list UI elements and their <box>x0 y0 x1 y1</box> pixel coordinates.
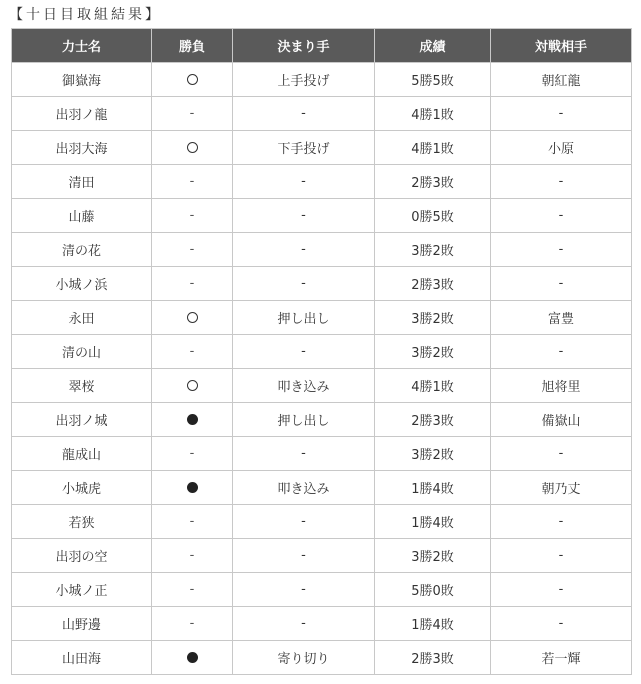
table-row: 若狭--1勝4敗- <box>12 505 632 539</box>
opponent-cell: - <box>491 607 632 641</box>
record-cell: 3勝2敗 <box>375 437 491 471</box>
table-row: 出羽ノ城押し出し2勝3敗備嶽山 <box>12 403 632 437</box>
result-cell <box>152 471 233 505</box>
opponent-cell: - <box>491 505 632 539</box>
kimarite-cell: - <box>233 607 375 641</box>
rikishi-name-cell: 清の山 <box>12 335 152 369</box>
kimarite-cell: 押し出し <box>233 301 375 335</box>
record-cell: 1勝4敗 <box>375 471 491 505</box>
win-circle-icon <box>187 142 198 153</box>
table-row: 小城ノ浜--2勝3敗- <box>12 267 632 301</box>
table-row: 永田押し出し3勝2敗富豊 <box>12 301 632 335</box>
result-cell <box>152 301 233 335</box>
no-bout-dash: - <box>190 582 195 597</box>
rikishi-name-cell: 御嶽海 <box>12 63 152 97</box>
no-bout-dash: - <box>190 514 195 529</box>
no-bout-dash: - <box>190 344 195 359</box>
kimarite-cell: 叩き込み <box>233 369 375 403</box>
record-cell: 3勝2敗 <box>375 539 491 573</box>
no-bout-dash: - <box>190 174 195 189</box>
rikishi-name-cell: 小城ノ正 <box>12 573 152 607</box>
result-cell: - <box>152 165 233 199</box>
table-row: 清田--2勝3敗- <box>12 165 632 199</box>
table-row: 清の山--3勝2敗- <box>12 335 632 369</box>
table-row: 御嶽海上手投げ5勝5敗朝紅龍 <box>12 63 632 97</box>
table-row: 山藤--0勝5敗- <box>12 199 632 233</box>
no-bout-dash: - <box>190 208 195 223</box>
opponent-cell: - <box>491 199 632 233</box>
rikishi-name-cell: 若狭 <box>12 505 152 539</box>
no-bout-dash: - <box>190 446 195 461</box>
result-cell: - <box>152 607 233 641</box>
result-cell <box>152 131 233 165</box>
rikishi-name-cell: 永田 <box>12 301 152 335</box>
record-cell: 2勝3敗 <box>375 267 491 301</box>
header-opponent: 対戦相手 <box>491 29 632 63</box>
kimarite-cell: 寄り切り <box>233 641 375 675</box>
result-cell: - <box>152 505 233 539</box>
loss-filled-circle-icon <box>187 652 198 663</box>
opponent-cell: - <box>491 539 632 573</box>
kimarite-cell: - <box>233 505 375 539</box>
opponent-cell: 朝乃丈 <box>491 471 632 505</box>
win-circle-icon <box>187 312 198 323</box>
table-row: 山田海寄り切り2勝3敗若一輝 <box>12 641 632 675</box>
opponent-cell: 朝紅龍 <box>491 63 632 97</box>
rikishi-name-cell: 清の花 <box>12 233 152 267</box>
kimarite-cell: - <box>233 335 375 369</box>
rikishi-name-cell: 翠桜 <box>12 369 152 403</box>
record-cell: 2勝3敗 <box>375 403 491 437</box>
kimarite-cell: 叩き込み <box>233 471 375 505</box>
no-bout-dash: - <box>190 276 195 291</box>
header-result: 勝負 <box>152 29 233 63</box>
result-cell: - <box>152 233 233 267</box>
kimarite-cell: - <box>233 97 375 131</box>
opponent-cell: - <box>491 97 632 131</box>
no-bout-dash: - <box>190 242 195 257</box>
kimarite-cell: - <box>233 437 375 471</box>
result-cell: - <box>152 335 233 369</box>
header-record: 成績 <box>375 29 491 63</box>
rikishi-name-cell: 出羽大海 <box>12 131 152 165</box>
opponent-cell: - <box>491 165 632 199</box>
kimarite-cell: - <box>233 233 375 267</box>
opponent-cell: 若一輝 <box>491 641 632 675</box>
no-bout-dash: - <box>190 616 195 631</box>
result-cell: - <box>152 97 233 131</box>
opponent-cell: - <box>491 573 632 607</box>
kimarite-cell: - <box>233 539 375 573</box>
rikishi-name-cell: 出羽ノ城 <box>12 403 152 437</box>
record-cell: 2勝3敗 <box>375 165 491 199</box>
opponent-cell: - <box>491 267 632 301</box>
table-row: 出羽の空--3勝2敗- <box>12 539 632 573</box>
win-circle-icon <box>187 74 198 85</box>
rikishi-name-cell: 山野邊 <box>12 607 152 641</box>
record-cell: 1勝4敗 <box>375 505 491 539</box>
result-cell: - <box>152 199 233 233</box>
kimarite-cell: 押し出し <box>233 403 375 437</box>
kimarite-cell: - <box>233 573 375 607</box>
rikishi-name-cell: 小城ノ浜 <box>12 267 152 301</box>
table-row: 小城虎叩き込み1勝4敗朝乃丈 <box>12 471 632 505</box>
record-cell: 1勝4敗 <box>375 607 491 641</box>
table-row: 山野邊--1勝4敗- <box>12 607 632 641</box>
kimarite-cell: 下手投げ <box>233 131 375 165</box>
table-row: 龍成山--3勝2敗- <box>12 437 632 471</box>
results-table: 力士名 勝負 決まり手 成績 対戦相手 御嶽海上手投げ5勝5敗朝紅龍出羽ノ龍--… <box>11 28 632 675</box>
record-cell: 4勝1敗 <box>375 97 491 131</box>
no-bout-dash: - <box>190 548 195 563</box>
record-cell: 4勝1敗 <box>375 131 491 165</box>
table-row: 小城ノ正--5勝0敗- <box>12 573 632 607</box>
loss-filled-circle-icon <box>187 414 198 425</box>
table-row: 翠桜叩き込み4勝1敗旭将里 <box>12 369 632 403</box>
record-cell: 3勝2敗 <box>375 301 491 335</box>
result-cell <box>152 403 233 437</box>
opponent-cell: 旭将里 <box>491 369 632 403</box>
kimarite-cell: - <box>233 165 375 199</box>
table-row: 出羽ノ龍--4勝1敗- <box>12 97 632 131</box>
kimarite-cell: 上手投げ <box>233 63 375 97</box>
rikishi-name-cell: 清田 <box>12 165 152 199</box>
rikishi-name-cell: 出羽の空 <box>12 539 152 573</box>
page-title: 【十日目取組結果】 <box>9 5 162 25</box>
rikishi-name-cell: 出羽ノ龍 <box>12 97 152 131</box>
result-cell: - <box>152 437 233 471</box>
opponent-cell: - <box>491 437 632 471</box>
opponent-cell: 富豊 <box>491 301 632 335</box>
rikishi-name-cell: 小城虎 <box>12 471 152 505</box>
record-cell: 5勝0敗 <box>375 573 491 607</box>
record-cell: 3勝2敗 <box>375 335 491 369</box>
kimarite-cell: - <box>233 267 375 301</box>
table-body: 御嶽海上手投げ5勝5敗朝紅龍出羽ノ龍--4勝1敗-出羽大海下手投げ4勝1敗小原清… <box>12 63 632 675</box>
result-cell <box>152 63 233 97</box>
rikishi-name-cell: 山藤 <box>12 199 152 233</box>
table-row: 清の花--3勝2敗- <box>12 233 632 267</box>
kimarite-cell: - <box>233 199 375 233</box>
table-header-row: 力士名 勝負 決まり手 成績 対戦相手 <box>12 29 632 63</box>
opponent-cell: - <box>491 233 632 267</box>
result-cell: - <box>152 573 233 607</box>
record-cell: 0勝5敗 <box>375 199 491 233</box>
result-cell: - <box>152 267 233 301</box>
header-rikishi-name: 力士名 <box>12 29 152 63</box>
result-cell <box>152 641 233 675</box>
table-row: 出羽大海下手投げ4勝1敗小原 <box>12 131 632 165</box>
loss-filled-circle-icon <box>187 482 198 493</box>
opponent-cell: - <box>491 335 632 369</box>
rikishi-name-cell: 山田海 <box>12 641 152 675</box>
record-cell: 4勝1敗 <box>375 369 491 403</box>
rikishi-name-cell: 龍成山 <box>12 437 152 471</box>
win-circle-icon <box>187 380 198 391</box>
header-kimarite: 決まり手 <box>233 29 375 63</box>
opponent-cell: 備嶽山 <box>491 403 632 437</box>
result-cell: - <box>152 539 233 573</box>
record-cell: 5勝5敗 <box>375 63 491 97</box>
record-cell: 3勝2敗 <box>375 233 491 267</box>
record-cell: 2勝3敗 <box>375 641 491 675</box>
opponent-cell: 小原 <box>491 131 632 165</box>
result-cell <box>152 369 233 403</box>
no-bout-dash: - <box>190 106 195 121</box>
